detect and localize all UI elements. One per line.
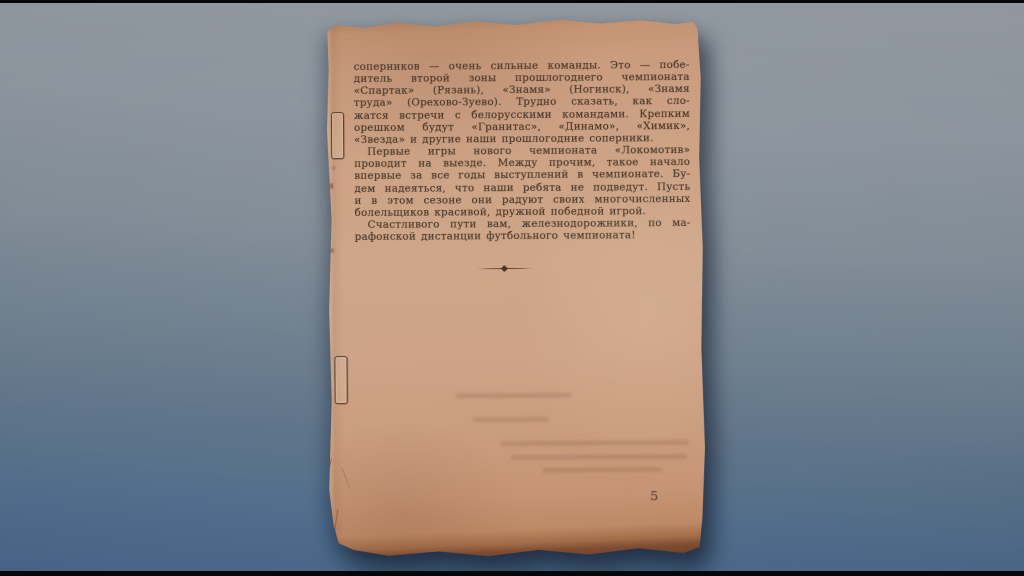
- photo-background: соперников — очень сильные команды. Это …: [0, 0, 1024, 576]
- show-through-text: [456, 393, 572, 399]
- letterbox-bar-top: [0, 0, 1024, 3]
- paper-stain: [331, 248, 334, 253]
- paper-tear: [318, 458, 332, 515]
- booklet-back-page: соперников — очень сильные команды. Это …: [325, 18, 705, 557]
- page-number: 5: [650, 488, 670, 503]
- text-block: соперников — очень сильные команды. Это …: [354, 59, 691, 247]
- paper-tear: [341, 467, 351, 490]
- paper-tear: [330, 509, 338, 555]
- divider-ornament: [477, 265, 533, 272]
- paper-stain: [329, 183, 333, 189]
- letterbox-bar-bottom: [0, 571, 1024, 576]
- show-through-text: [511, 454, 687, 460]
- text-line: рафонской дистанции футбольного чемпиона…: [355, 229, 691, 243]
- divider-diamond-icon: [501, 265, 508, 272]
- show-through-text: [501, 440, 689, 446]
- show-through-text: [542, 467, 662, 473]
- show-through-text: [473, 417, 549, 422]
- paper-stain: [332, 166, 335, 170]
- booklet: соперников — очень сильные команды. Это …: [325, 18, 705, 557]
- staple-icon: [334, 356, 347, 404]
- staple-icon: [331, 112, 344, 159]
